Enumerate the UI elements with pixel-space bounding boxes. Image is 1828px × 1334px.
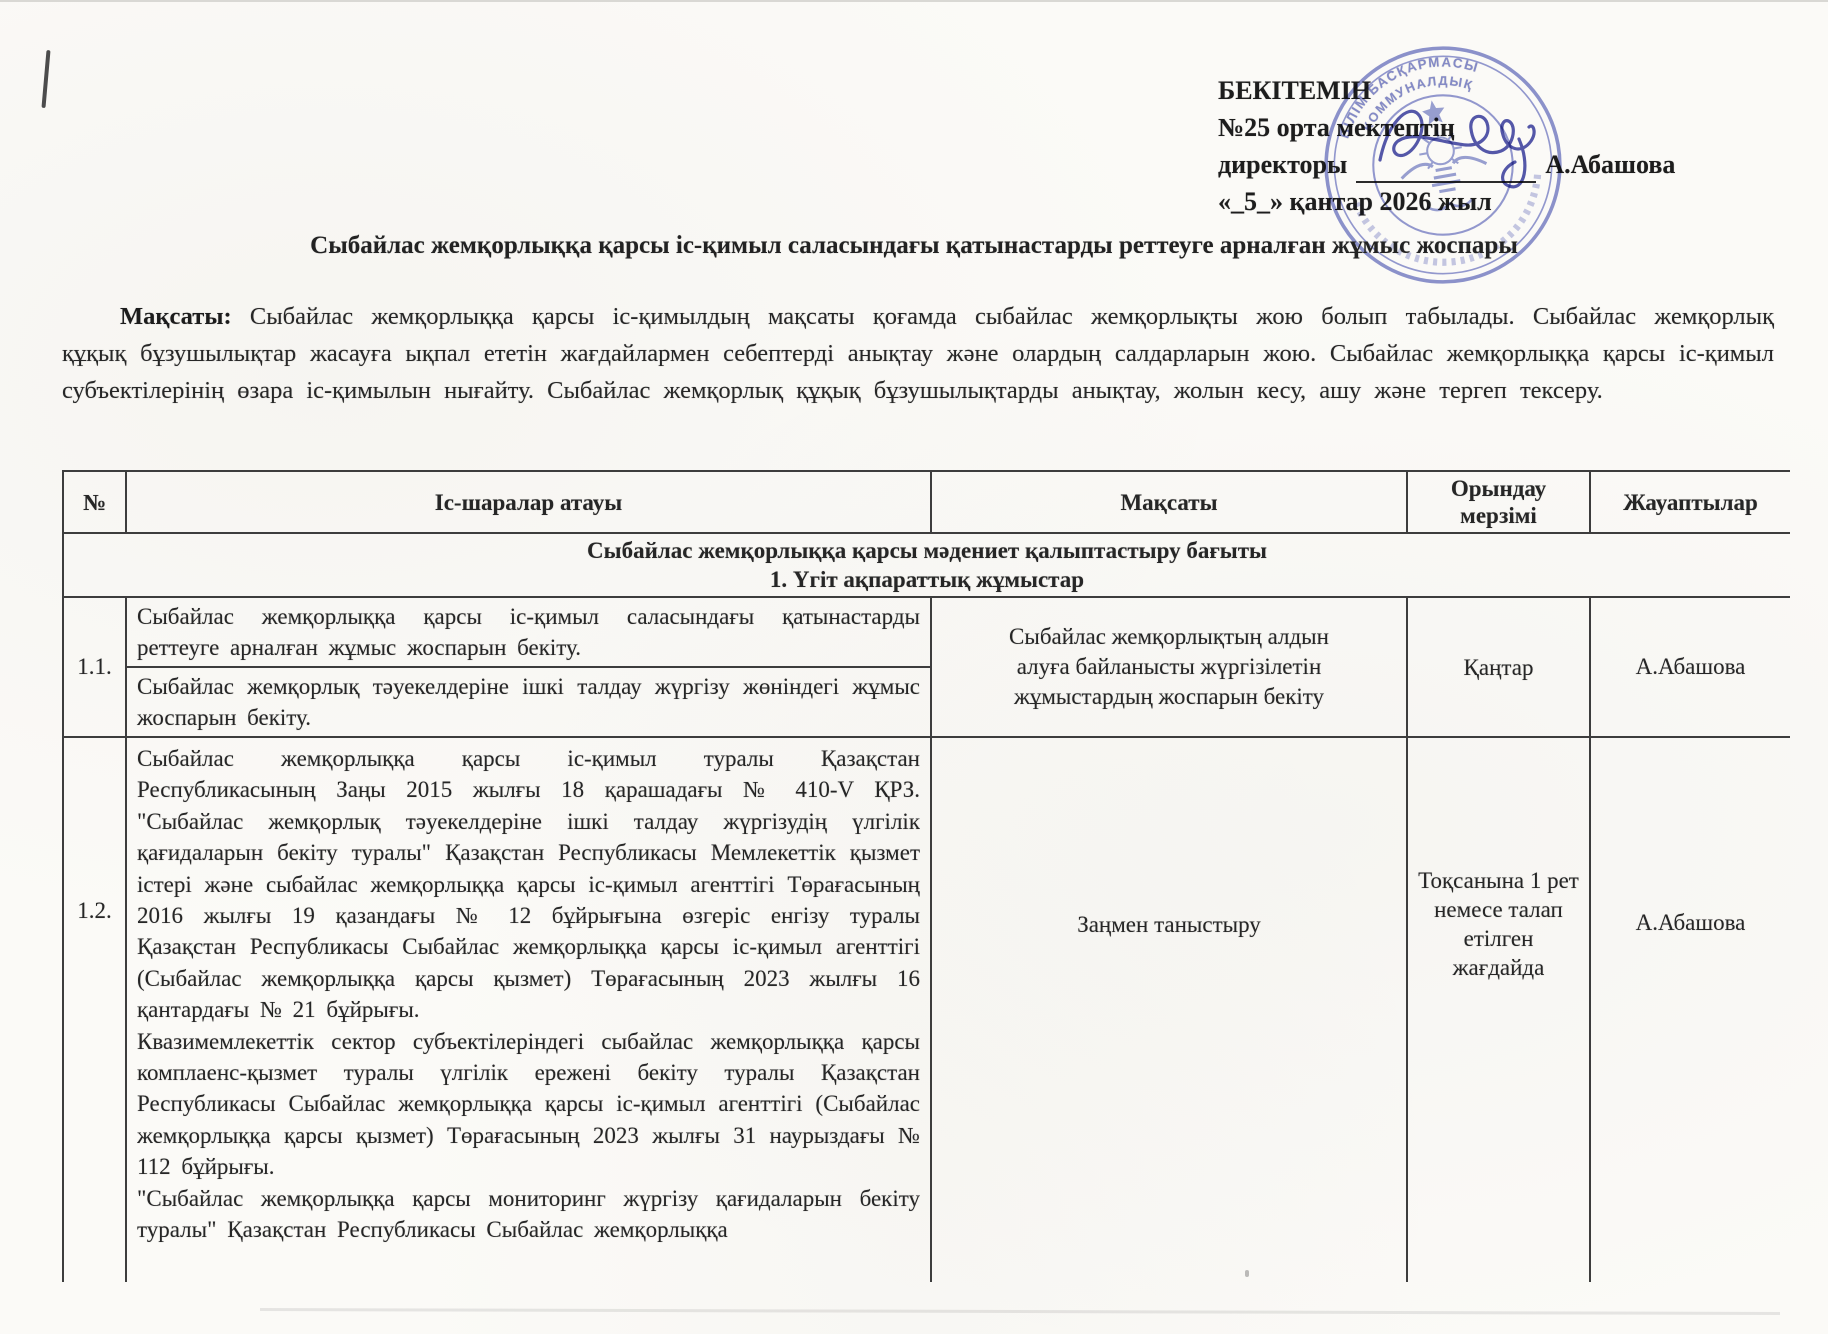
activity-cell: Сыбайлас жемқорлыққа қарсы іс-қимыл сала… xyxy=(126,597,931,667)
col-header-number: № xyxy=(63,471,126,533)
activity-text-block: Сыбайлас жемқорлыққа қарсы іс-қимыл тура… xyxy=(137,741,920,1277)
director-signature xyxy=(1372,98,1572,208)
purpose-text: Сыбайлас жемқорлықтың алдын алуға байлан… xyxy=(1004,622,1334,712)
activity-paragraph: Сыбайлас жемқорлыққа қарсы іс-қимыл тура… xyxy=(137,743,920,1026)
document-title: Сыбайлас жемқорлыққа қарсы іс-қимыл сала… xyxy=(40,232,1788,260)
activity-paragraph: Квазимемлекеттік сектор субъектілеріндег… xyxy=(137,1026,920,1183)
work-plan-table: № Іс-шаралар атауы Мақсаты Орындау мерзі… xyxy=(62,470,1790,1282)
purpose-cell: Сыбайлас жемқорлықтың алдын алуға байлан… xyxy=(931,597,1407,737)
section-title-line2: 1. Үгіт ақпараттық жұмыстар xyxy=(72,565,1782,594)
pen-mark-artifact xyxy=(41,50,50,108)
row-number: 1.1. xyxy=(63,597,126,737)
col-header-term: Орындау мерзімі xyxy=(1407,471,1590,533)
purpose-cell: Заңмен таныстыру xyxy=(931,737,1407,1282)
scanned-document-page: БЕКІТЕМІН №25 орта мектептің директоры А… xyxy=(0,0,1828,1334)
col-header-activity: Іс-шаралар атауы xyxy=(126,471,931,533)
intro-paragraph: Мақсаты: Сыбайлас жемқорлыққа қарсы іс-қ… xyxy=(62,298,1774,409)
intro-text: Сыбайлас жемқорлыққа қарсы іс-қимылдың м… xyxy=(62,303,1774,404)
activity-cell: Сыбайлас жемқорлыққа қарсы іс-қимыл тура… xyxy=(126,737,931,1282)
term-cell: Қаңтар xyxy=(1407,597,1590,737)
responsible-cell: А.Абашова xyxy=(1590,597,1790,737)
col-header-responsible: Жауаптылар xyxy=(1590,471,1790,533)
activity-cell: Сыбайлас жемқорлық тәуекелдеріне ішкі та… xyxy=(126,667,931,737)
col-header-purpose: Мақсаты xyxy=(931,471,1407,533)
term-cell: Тоқсанына 1 рет немесе талап етілген жағ… xyxy=(1407,737,1590,1282)
table-row-1-2: 1.2. Сыбайлас жемқорлыққа қарсы іс-қимыл… xyxy=(63,737,1790,1282)
table-row-1-1: 1.1. Сыбайлас жемқорлыққа қарсы іс-қимыл… xyxy=(63,597,1790,667)
activity-paragraph: "Сыбайлас жемқорлыққа қарсы мониторинг ж… xyxy=(137,1183,920,1246)
section-header-row: Сыбайлас жемқорлыққа қарсы мәдениет қалы… xyxy=(63,533,1790,597)
plan-table-container: № Іс-шаралар атауы Мақсаты Орындау мерзі… xyxy=(62,470,1790,1282)
table-header-row: № Іс-шаралар атауы Мақсаты Орындау мерзі… xyxy=(63,471,1790,533)
intro-label: Мақсаты: xyxy=(120,303,232,330)
section-title-line1: Сыбайлас жемқорлыққа қарсы мәдениет қалы… xyxy=(72,536,1782,565)
section-title-cell: Сыбайлас жемқорлыққа қарсы мәдениет қалы… xyxy=(63,533,1790,597)
scan-artifact-line xyxy=(260,1308,1780,1315)
responsible-cell: А.Абашова xyxy=(1590,737,1790,1282)
row-number: 1.2. xyxy=(63,737,126,1282)
